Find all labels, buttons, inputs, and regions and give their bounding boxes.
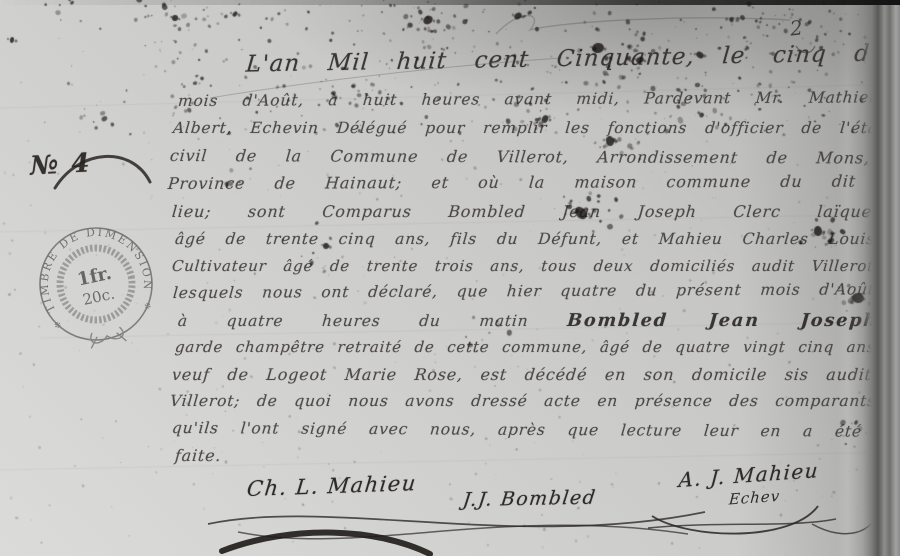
manuscript-line: Cultivateur âgé de trente trois ans, tou… xyxy=(171,257,881,275)
manuscript-line: lieu; sont Comparus Bombled Jean Joseph … xyxy=(171,202,873,221)
signature-paraph-right-2 xyxy=(648,519,836,528)
signature: Ch. L. Mahieu xyxy=(246,471,418,501)
manuscript-line-text: à quatre heures du matin xyxy=(177,312,568,330)
manuscript-line: mois d'Août, à huit heures avant midi, P… xyxy=(177,88,880,110)
signature: A. J. Mahieu Echev xyxy=(676,458,819,512)
document-scan: 2 № 4 TIMBRE DE DIMENSION ✻ ✻ 1fr. 20c. … xyxy=(0,0,900,556)
manuscript-line-text: Cultivateur âgé de trente trois ans, tou… xyxy=(171,257,881,275)
manuscript-line: âgé de trente cinq ans, fils du Défunt, … xyxy=(174,230,876,248)
manuscript-line: à quatre heures du matin Bombled Jean Jo… xyxy=(177,310,879,331)
manuscript-line: qu'ils l'ont signé avec nous, après que … xyxy=(171,419,863,441)
top-ghost-flourish xyxy=(496,16,790,35)
manuscript-opening-line: L'an Mil huit cent Cinquante, le cinq du xyxy=(245,40,887,77)
manuscript-line-text: garde champêtre retraité de cette commun… xyxy=(174,338,882,356)
manuscript-line: garde champêtre retraité de cette commun… xyxy=(174,338,882,356)
signature-paraph-left-2 xyxy=(238,525,688,539)
manuscript-line-text: lesquels nous ont déclaré, que hier quat… xyxy=(172,280,875,302)
next-entry-flourish xyxy=(222,533,430,554)
emphasized-deceased-name: Bombled Jean Joseph xyxy=(566,310,879,331)
revenue-stamp: TIMBRE DE DIMENSION ✻ ✻ 1fr. 20c. xyxy=(15,203,176,364)
manuscript-line: Province de Hainaut; et où la maison com… xyxy=(167,172,857,193)
signature-paraph-left-1 xyxy=(208,512,705,526)
manuscript-line: veuf de Logeot Marie Rose, est décédé en… xyxy=(171,365,873,384)
stamp-ribbon-bow xyxy=(88,326,126,348)
manuscript-line: Albert, Echevin Délégué pour remplir les… xyxy=(172,119,886,137)
manuscript-line: faite. xyxy=(174,446,296,465)
manuscript-line-text: Province de Hainaut; et où la maison com… xyxy=(167,172,857,193)
manuscript-line-text: âgé de trente cinq ans, fils du Défunt, … xyxy=(174,230,876,248)
manuscript-line-text: faite. xyxy=(174,446,222,465)
manuscript-line: Villerot; de quoi nous avons dressé acte… xyxy=(169,392,877,410)
manuscript-line-text: mois d'Août, à huit heures avant midi, P… xyxy=(177,88,880,110)
signature-name: Ch. L. Mahieu xyxy=(246,471,418,501)
signature-title: Echev xyxy=(728,484,818,508)
manuscript-line-text: civil de la Commune de Villerot, Arrondi… xyxy=(169,146,871,167)
manuscript-line-text: Villerot; de quoi nous avons dressé acte… xyxy=(169,392,877,410)
manuscript-line-text: lieu; sont Comparus Bombled Jean Joseph … xyxy=(171,202,873,221)
signature: J.J. Bombled xyxy=(462,487,598,511)
manuscript-line-text: Albert, Echevin Délégué pour remplir les… xyxy=(172,119,886,137)
stamp-ornament-left: ✻ xyxy=(54,320,63,330)
scan-top-edge xyxy=(0,0,900,5)
page-number: 2 xyxy=(789,15,804,40)
stamp-ornament-right: ✻ xyxy=(144,301,153,311)
manuscript-line-text: veuf de Logeot Marie Rose, est décédé en… xyxy=(171,365,873,384)
signature-name: J.J. Bombled xyxy=(462,487,598,511)
manuscript-line-text: qu'ils l'ont signé avec nous, après que … xyxy=(171,419,863,441)
page-binding-edge xyxy=(848,0,900,556)
manuscript-line: civil de la Commune de Villerot, Arrondi… xyxy=(169,146,871,167)
act-number: № 4 xyxy=(29,148,92,181)
manuscript-line: lesquels nous ont déclaré, que hier quat… xyxy=(172,280,875,302)
